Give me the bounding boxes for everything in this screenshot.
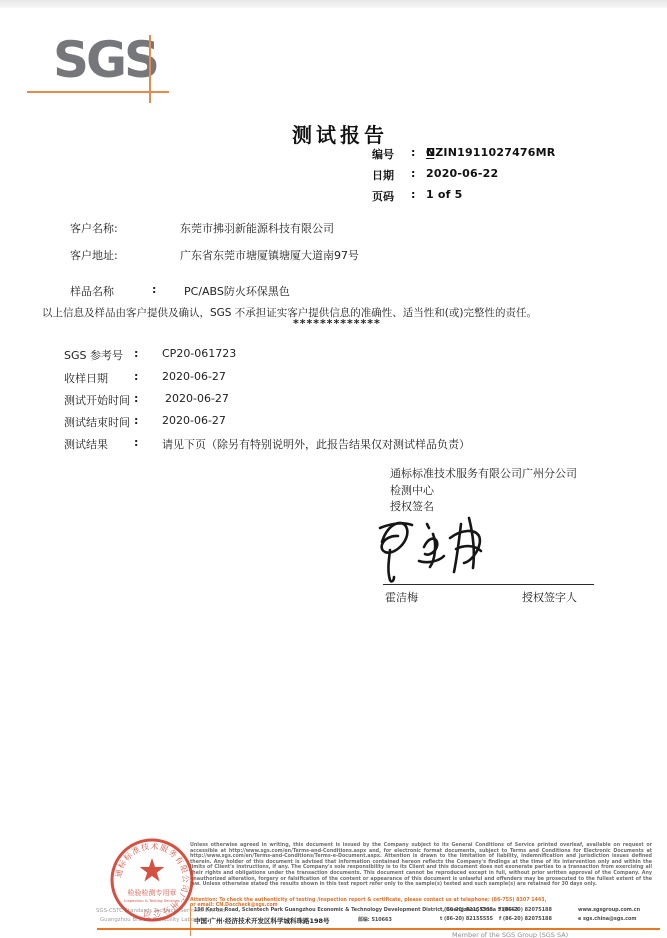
customer-address-label: 客户地址: [70, 247, 118, 263]
signer-name: 霍洁梅 [385, 589, 418, 605]
tel-en: t (86-20) 82155555 [440, 907, 493, 913]
separator-stars: ************* [293, 317, 381, 330]
report-number-pre: GZIN1911027476MR [426, 146, 555, 159]
sample-received-row: 收样日期 : 2020-06-27 [0, 370, 667, 386]
logo-vertical-line [149, 35, 151, 103]
sample-name-label: 样品名称 [70, 283, 114, 299]
report-number-label: 编号 [372, 146, 394, 162]
report-number-row: 编号 : GZIN1911027476MRCN [0, 146, 667, 162]
stamp-star-icon [140, 858, 165, 882]
test-result-row: 测试结果 : 请见下页（除另有特别说明外，此报告结果仅对测试样品负责） [0, 436, 667, 452]
test-result-label: 测试结果 [64, 436, 108, 452]
inspection-stamp-seal: 通标标准技术服务有限公司广州分公司 检验检测专用章 Inspection & T… [108, 836, 196, 924]
website: www.sgsgroup.com.cn [578, 907, 640, 913]
colon: : [411, 188, 415, 201]
test-start-label: 测试开始时间 [64, 392, 130, 408]
report-date-row: 日期 : 2020-06-22 [0, 167, 667, 183]
footer-orange-line [97, 928, 660, 930]
colon: : [134, 392, 138, 405]
sgs-logo: SGS [53, 31, 157, 89]
scan-edge-strip [0, 0, 667, 8]
colon: : [134, 347, 138, 360]
page-number-row: 页码 : 1 of 5 [0, 188, 667, 204]
sample-received-value: 2020-06-27 [162, 370, 226, 383]
stamp-subtitle: Inspection & Testing Services [124, 898, 180, 903]
signature-image [372, 508, 512, 588]
colon: : [134, 436, 138, 449]
report-number-post: N [426, 146, 435, 159]
sample-received-label: 收样日期 [64, 370, 108, 386]
tel-cn: t (86-20) 82155555 [440, 916, 493, 922]
test-end-row: 测试结束时间 : 2020-06-27 [0, 414, 667, 430]
colon: : [134, 414, 138, 427]
stamp-title: 检验检测专用章 [128, 888, 177, 897]
customer-address-row: 客户地址: 广东省东莞市塘厦镇塘厦大道南97号 [0, 247, 667, 263]
sample-name-value: PC/ABS防火环保黑色 [184, 283, 290, 299]
customer-name-value: 东莞市拂羽新能源科技有限公司 [180, 220, 334, 236]
customer-name-row: 客户名称: 东莞市拂羽新能源科技有限公司 [0, 220, 667, 236]
colon: : [152, 283, 156, 296]
test-report-page: SGS 测试报告 编号 : GZIN1911027476MRCN 日期 : 20… [0, 0, 667, 938]
customer-name-label: 客户名称: [70, 220, 118, 236]
test-result-value: 请见下页（除另有特别说明外，此报告结果仅对测试样品负责） [162, 436, 470, 452]
sgs-ref-row: SGS 参考号 : CP20-061723 [0, 347, 667, 363]
page-title: 测试报告 [292, 119, 388, 148]
colon: : [134, 370, 138, 383]
address-cn: 中国·广州·经济技术开发区科学城科珠路198号 [194, 916, 330, 925]
page-number-label: 页码 [372, 188, 394, 204]
colon: : [411, 146, 415, 159]
sgs-member-line: Member of the SGS Group (SGS SA) [452, 931, 568, 938]
customer-address-value: 广东省东莞市塘厦镇塘厦大道南97号 [180, 247, 359, 263]
test-end-value: 2020-06-27 [162, 414, 226, 427]
footer-disclaimer: Unless otherwise agreed in writing, this… [190, 843, 652, 888]
postcode: 邮编: 510663 [358, 916, 392, 923]
signature-line [383, 584, 594, 585]
signer-title: 授权签字人 [522, 589, 577, 605]
issuing-company: 通标标准技术服务有限公司广州分公司 [390, 466, 577, 483]
logo-horizontal-line [27, 91, 169, 93]
test-start-value: 2020-06-27 [165, 392, 229, 405]
report-date-label: 日期 [372, 167, 394, 183]
sgs-ref-value: CP20-061723 [162, 347, 236, 360]
colon: : [411, 167, 415, 180]
email: e sgs.china@sgs.com [578, 916, 636, 922]
test-start-row: 测试开始时间 : 2020-06-27 [0, 392, 667, 408]
report-date-value: 2020-06-22 [426, 167, 498, 180]
sample-provided-note: 以上信息及样品由客户提供及确认，SGS 不承担证实客户提供信息的准确性、适当性和… [42, 305, 537, 320]
sample-name-row: 样品名称 : PC/ABS防火环保黑色 [0, 283, 667, 299]
sgs-ref-label: SGS 参考号 [64, 347, 123, 363]
issuing-dept: 检测中心 [390, 483, 577, 500]
test-end-label: 测试结束时间 [64, 414, 130, 430]
page-number-value: 1 of 5 [426, 188, 463, 201]
fax-cn: f (86-20) 82075188 [499, 916, 552, 922]
fax-en: f (86-20) 82075188 [499, 907, 552, 913]
